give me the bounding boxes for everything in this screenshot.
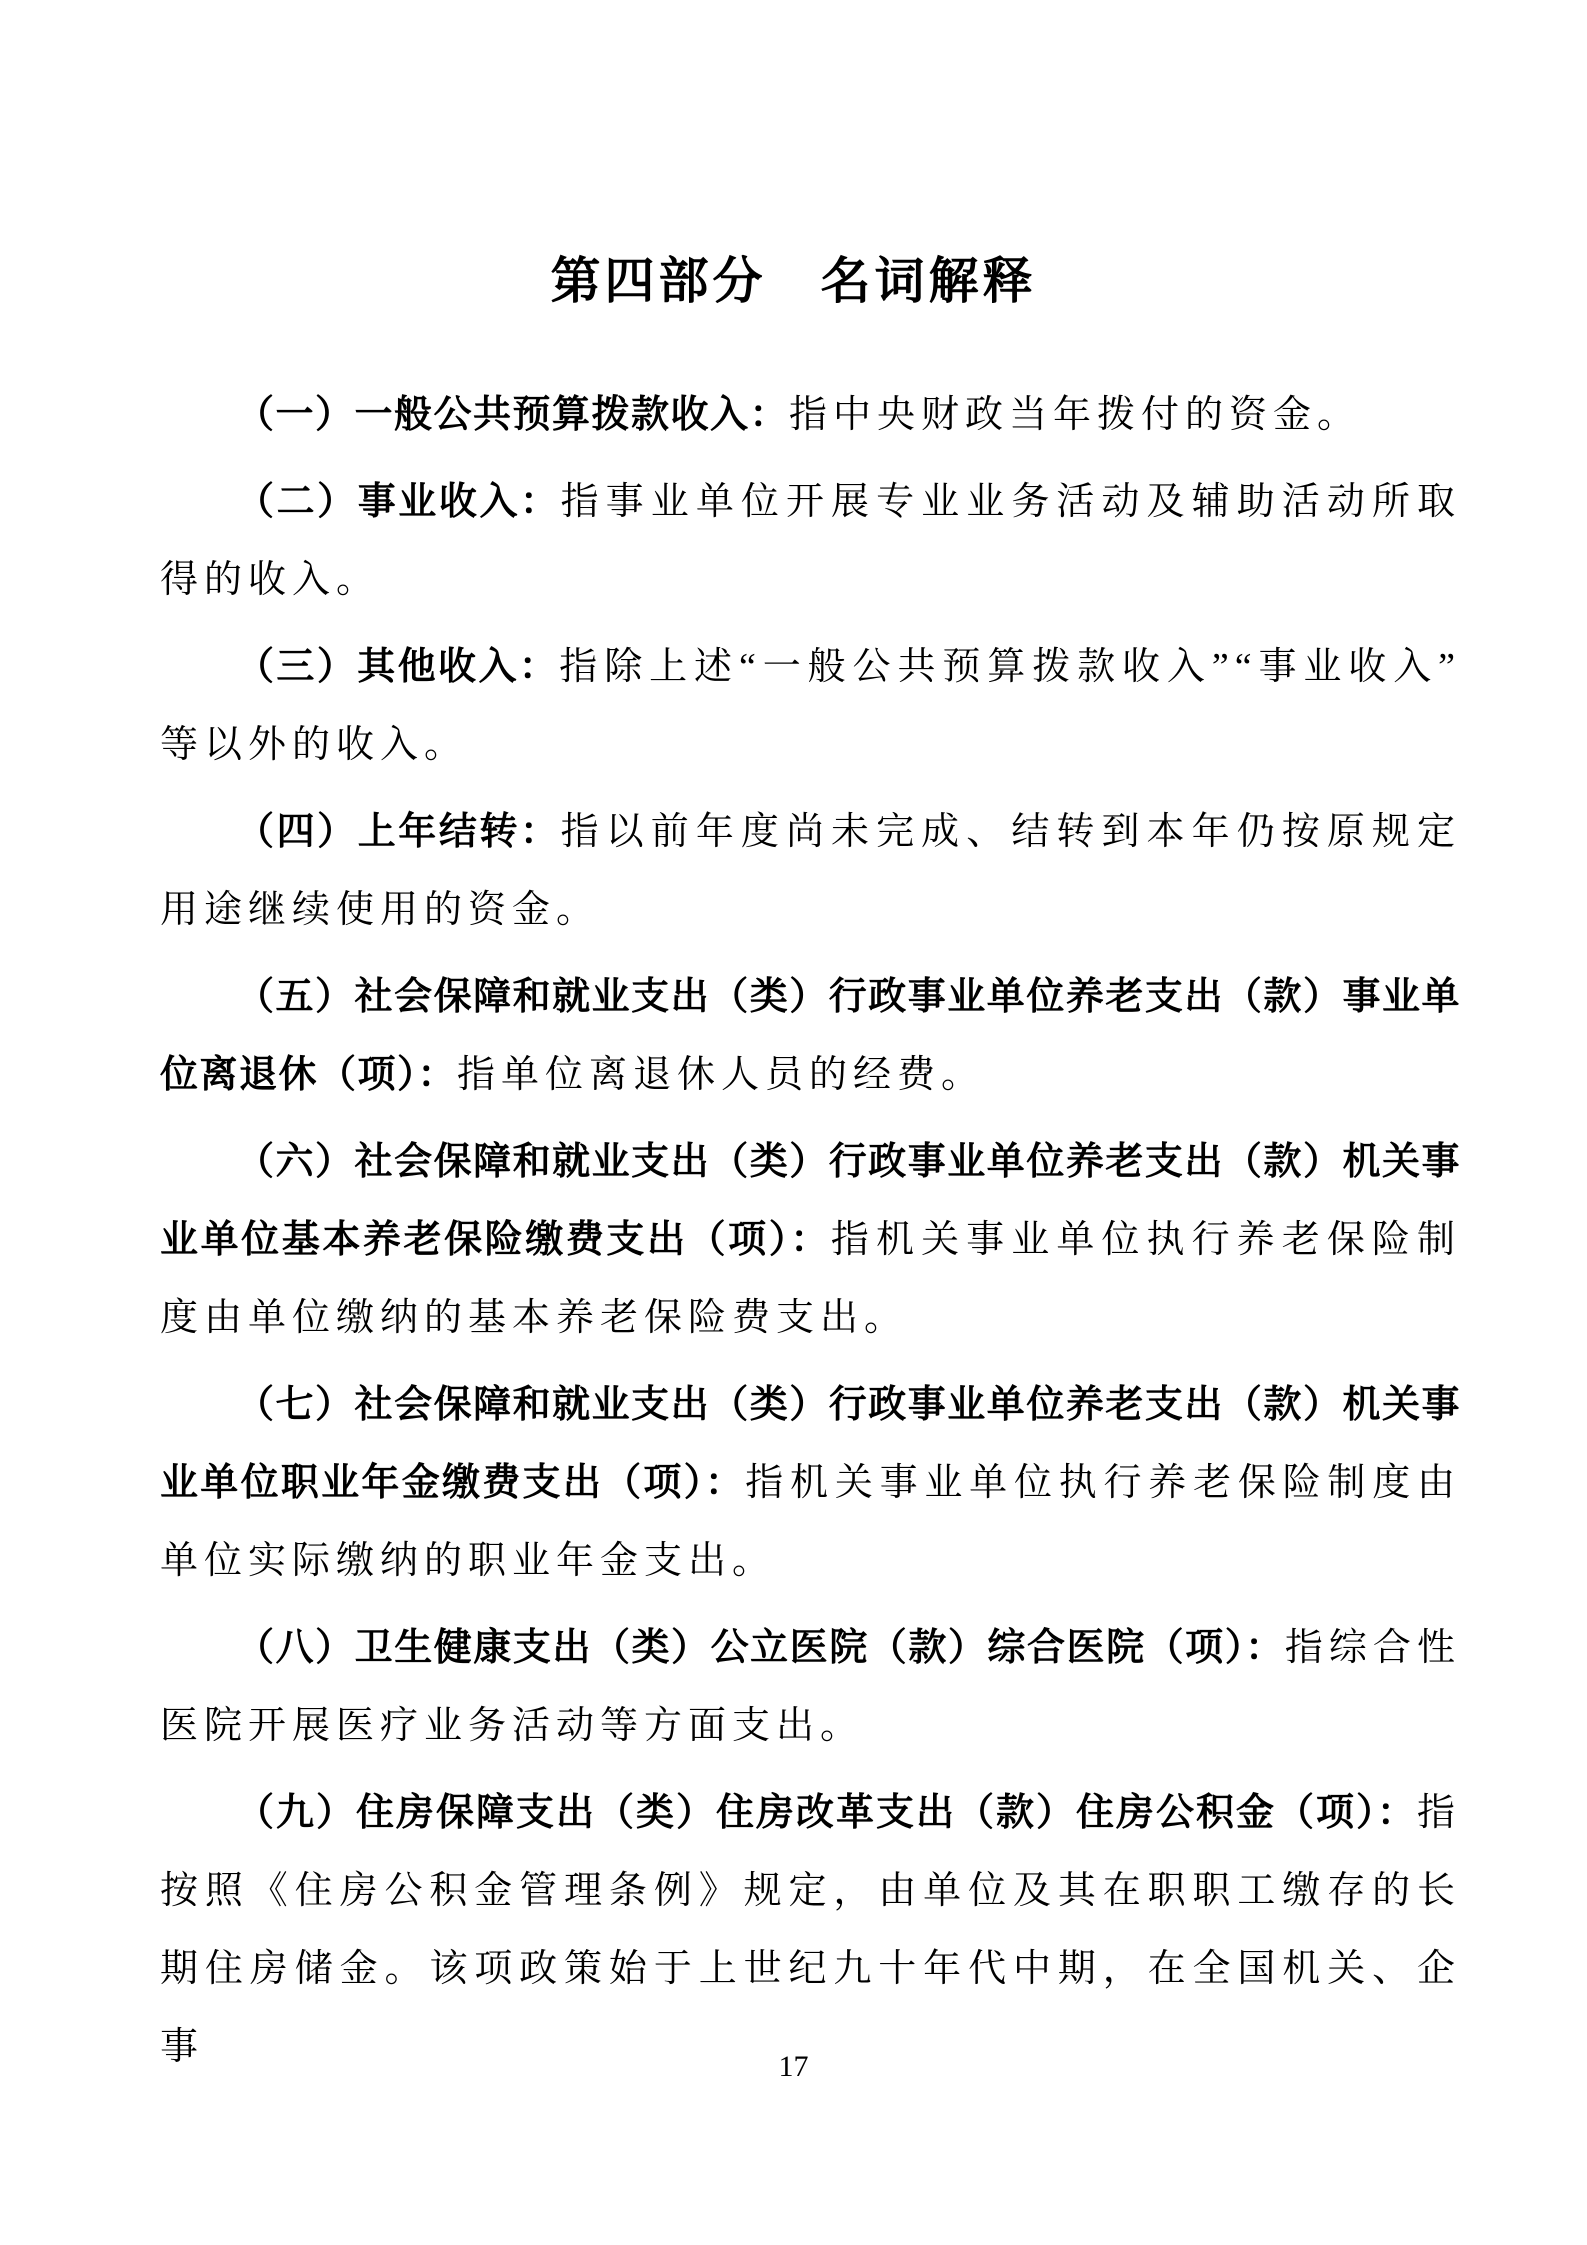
term-label: （八）卫生健康支出（类）公立医院（款）综合医院（项）： [236,1627,1285,1669]
term-definition: 指单位离退休人员的经费。 [457,1054,985,1096]
page-number: 17 [779,2050,809,2083]
glossary-paragraph-4: （四）上年结转：指以前年度尚未完成、结转到本年仍按原规定用途继续使用的资金。 [160,793,1461,949]
glossary-paragraph-9: （九）住房保障支出（类）住房改革支出（款）住房公积金（项）：指按照《住房公积金管… [160,1774,1461,2086]
term-label: （三）其他收入： [236,646,559,688]
glossary-paragraph-1: （一）一般公共预算拨款收入：指中央财政当年拨付的资金。 [160,376,1461,454]
glossary-paragraph-5: （五）社会保障和就业支出（类）行政事业单位养老支出（款）事业单位离退休（项）：指… [160,958,1461,1114]
glossary-paragraph-8: （八）卫生健康支出（类）公立医院（款）综合医院（项）：指综合性医院开展医疗业务活… [160,1609,1461,1765]
glossary-paragraph-6: （六）社会保障和就业支出（类）行政事业单位养老支出（款）机关事业单位基本养老保险… [160,1123,1461,1357]
glossary-content: （一）一般公共预算拨款收入：指中央财政当年拨付的资金。 （二）事业收入：指事业单… [0,312,1587,2086]
page-footer: 17 [0,2050,1587,2084]
term-label: （一）一般公共预算拨款收入： [236,394,789,436]
term-label: （四）上年结转： [236,811,561,853]
term-label: （九）住房保障支出（类）住房改革支出（款）住房公积金（项）： [236,1792,1417,1834]
glossary-paragraph-2: （二）事业收入：指事业单位开展专业业务活动及辅助活动所取得的收入。 [160,463,1461,619]
term-label: （二）事业收入： [236,481,561,523]
glossary-paragraph-7: （七）社会保障和就业支出（类）行政事业单位养老支出（款）机关事业单位职业年金缴费… [160,1366,1461,1600]
glossary-paragraph-3: （三）其他收入：指除上述“一般公共预算拨款收入”“事业收入”等以外的收入。 [160,628,1461,784]
term-definition: 指中央财政当年拨付的资金。 [789,394,1361,436]
document-page: 第四部分 名词解释 （一）一般公共预算拨款收入：指中央财政当年拨付的资金。 （二… [0,0,1587,2245]
page-title: 第四部分 名词解释 [0,250,1587,312]
